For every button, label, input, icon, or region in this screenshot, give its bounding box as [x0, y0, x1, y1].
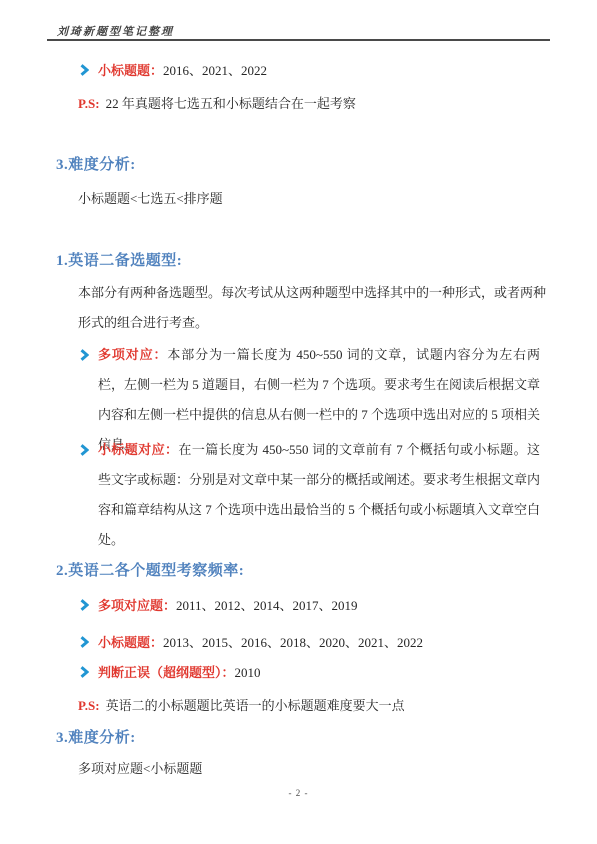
ps-text: 英语二的小标题题比英语一的小标题题难度要大一点	[106, 698, 405, 713]
chevron-right-icon	[80, 349, 89, 361]
section-heading-difficulty-2: 3.难度分析:	[56, 729, 136, 747]
bullet-item: 小标题题：2016、2021、2022	[80, 62, 267, 79]
bullet-item: 小标题对应：在一篇长度为 450~550 词的文章前有 7 个概括句或小标题。这…	[80, 435, 540, 555]
header-title: 刘琦新题型笔记整理	[57, 23, 174, 39]
section-heading-types: 1.英语二备选题型:	[56, 252, 182, 270]
bullet-item: 多项对应题：2011、2012、2014、2017、2019	[80, 597, 358, 614]
bullet-item: 小标题题：2013、2015、2016、2018、2020、2021、2022	[80, 634, 423, 651]
bullet-label: 小标题题：	[98, 63, 163, 78]
bullet-label: 小标题对应：	[98, 442, 178, 457]
bullet-text: 2016、2021、2022	[163, 63, 267, 78]
difficulty-comparison-1: 小标题题<七选五<排序题	[78, 190, 223, 207]
bullet-label: 判断正误（超纲题型）：	[98, 665, 235, 680]
bullet-label: 多项对应：	[98, 347, 167, 362]
bullet-label: 小标题题：	[98, 635, 163, 650]
ps-label: P.S:	[78, 698, 100, 713]
bullet-text: 2013、2015、2016、2018、2020、2021、2022	[163, 635, 423, 650]
section-heading-difficulty-1: 3.难度分析:	[56, 156, 136, 174]
section-heading-frequency: 2.英语二各个题型考察频率:	[56, 562, 244, 580]
chevron-right-icon	[80, 636, 89, 648]
bullet-label: 多项对应题：	[98, 598, 176, 613]
ps-note: P.S:22 年真题将七选五和小标题结合在一起考察	[78, 95, 356, 112]
bullet-text: 2010	[235, 665, 261, 680]
bullet-text: 2011、2012、2014、2017、2019	[176, 598, 358, 613]
bullet-item: 判断正误（超纲题型）：2010	[80, 664, 261, 681]
ps-label: P.S:	[78, 96, 100, 111]
types-intro-paragraph: 本部分有两种备选题型。每次考试从这两种题型中选择其中的一种形式，或者两种形式的组…	[78, 278, 546, 338]
document-page: 刘琦新题型笔记整理 小标题题：2016、2021、2022 P.S:22 年真题…	[0, 0, 597, 844]
chevron-right-icon	[80, 64, 89, 76]
chevron-right-icon	[80, 666, 89, 678]
ps-text: 22 年真题将七选五和小标题结合在一起考察	[106, 96, 356, 111]
bullet-text: 在一篇长度为 450~550 词的文章前有 7 个概括句或小标题。这些文字或标题…	[98, 442, 540, 547]
ps-note: P.S:英语二的小标题题比英语一的小标题题难度要大一点	[78, 697, 405, 714]
difficulty-comparison-2: 多项对应题<小标题题	[78, 760, 202, 777]
chevron-right-icon	[80, 444, 89, 456]
page-number: - 2 -	[0, 788, 597, 798]
header-divider	[47, 39, 550, 41]
chevron-right-icon	[80, 599, 89, 611]
